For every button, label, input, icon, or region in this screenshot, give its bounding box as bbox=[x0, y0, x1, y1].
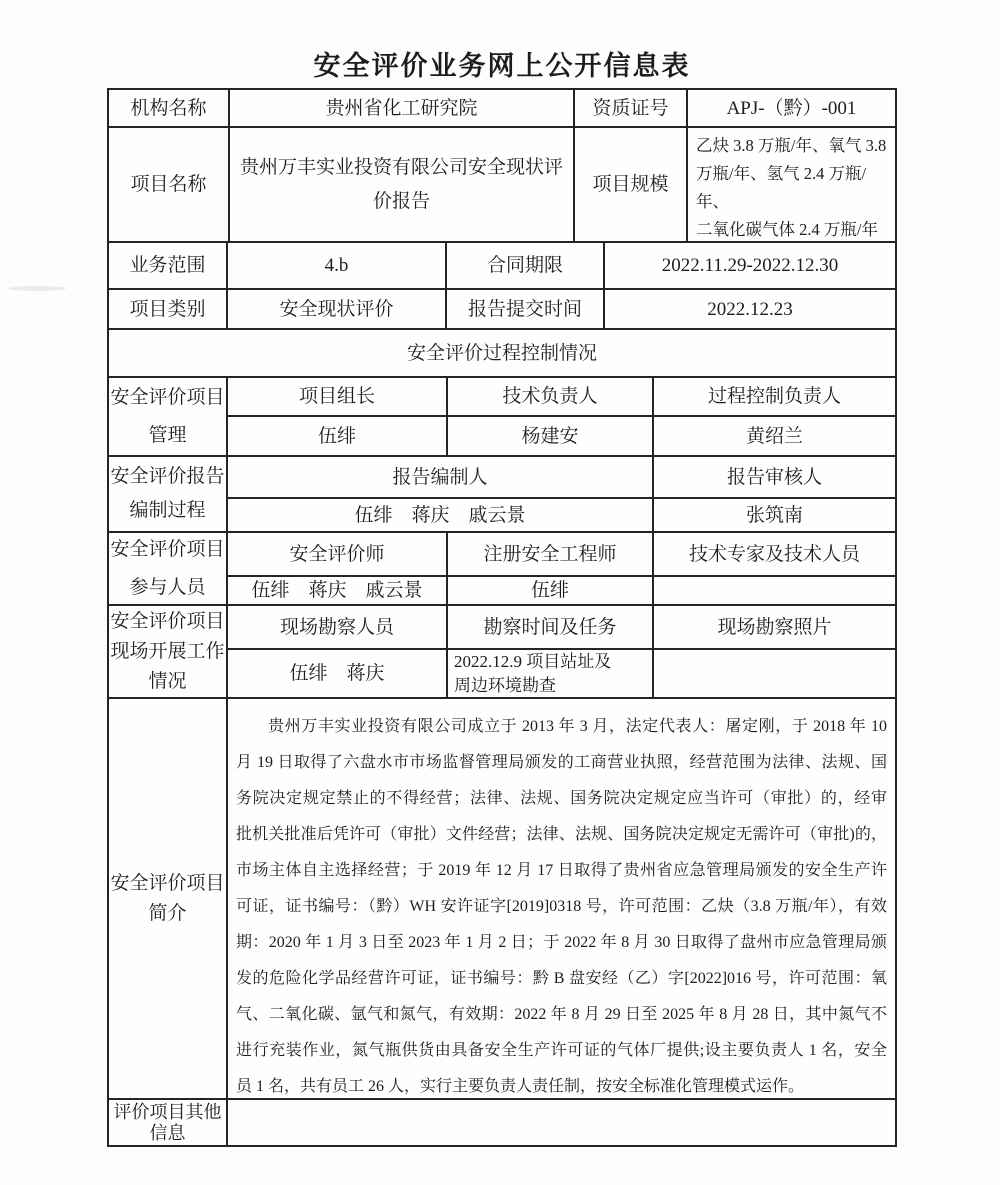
cert-no-label: 资质证号 bbox=[575, 90, 688, 128]
introduction-label: 安全评价项目 简介 bbox=[109, 699, 228, 1100]
site-survey-staff-header: 现场勘察人员 bbox=[228, 606, 448, 650]
page-title: 安全评价业务网上公开信息表 bbox=[107, 44, 897, 83]
team-leader-header: 项目组长 bbox=[228, 378, 448, 417]
project-name-value: 贵州万丰实业投资有限公司安全现状评 价报告 bbox=[230, 128, 575, 243]
intro-line: 气、二氧化碳、氩气和氮气，有效期：2022 年 8 月 29 日至 2025 年… bbox=[236, 997, 887, 1033]
band-participants: 安全评价项目 参与人员 安全评价师 注册安全工程师 技术专家及技术人员 伍绯 蒋… bbox=[109, 533, 895, 606]
intro-line: 贵州万丰实业投资有限公司成立于 2013 年 3 月，法定代表人：屠定刚，于 2… bbox=[236, 709, 887, 745]
site-survey-staff-value: 伍绯 蒋庆 bbox=[228, 650, 448, 699]
intro-line: 进行充装作业，氮气瓶供货由具备安全生产许可证的气体厂提供;设主要负责人 1 名，… bbox=[236, 1033, 887, 1069]
intro-line: 期：2020 年 1 月 3 日至 2023 年 1 月 2 日；于 2022 … bbox=[236, 925, 887, 961]
band-section-header: 安全评价过程控制情况 bbox=[109, 330, 895, 378]
registered-engineer-header: 注册安全工程师 bbox=[448, 533, 654, 577]
process-control-lead-value: 黄绍兰 bbox=[654, 417, 895, 457]
band-report-compilation: 安全评价报告 编制过程 报告编制人 报告审核人 伍绯 蒋庆 戚云景 张筑南 bbox=[109, 457, 895, 533]
band-other-info: 评价项目其他 信息 bbox=[109, 1100, 895, 1145]
intro-line: 批机关批准后凭许可（审批）文件经营；法律、法规、国务院决定规定无需许可（审批)的… bbox=[236, 817, 887, 853]
process-control-lead-header: 过程控制负责人 bbox=[654, 378, 895, 417]
site-photo-header: 现场勘察照片 bbox=[654, 606, 895, 650]
intro-line: 可证，证书编号：（黔）WH 安许证字[2019]0318 号，许可范围：乙炔（3… bbox=[236, 889, 887, 925]
other-info-label: 评价项目其他 信息 bbox=[109, 1100, 228, 1145]
survey-time-task-header: 勘察时间及任务 bbox=[448, 606, 654, 650]
project-name-label: 项目名称 bbox=[109, 128, 230, 243]
tech-lead-value: 杨建安 bbox=[448, 417, 654, 457]
contract-term-value: 2022.11.29-2022.12.30 bbox=[605, 243, 895, 290]
report-reviewer-header: 报告审核人 bbox=[654, 457, 895, 499]
report-writer-header: 报告编制人 bbox=[228, 457, 654, 499]
registered-engineer-value: 伍绯 bbox=[448, 577, 654, 606]
band-management: 安全评价项目 管理 项目组长 技术负责人 过程控制负责人 伍绯 杨建安 黄绍兰 bbox=[109, 378, 895, 457]
intro-line: 月 19 日取得了六盘水市市场监督管理局颁发的工商营业执照，经营范围为法律、法规… bbox=[236, 745, 887, 781]
introduction-text: 贵州万丰实业投资有限公司成立于 2013 年 3 月，法定代表人：屠定刚，于 2… bbox=[228, 699, 895, 1100]
org-name-value: 贵州省化工研究院 bbox=[230, 90, 575, 128]
business-scope-label: 业务范围 bbox=[109, 243, 228, 290]
band-introduction: 安全评价项目 简介 贵州万丰实业投资有限公司成立于 2013 年 3 月，法定代… bbox=[109, 699, 895, 1100]
scan-smudge bbox=[8, 286, 66, 291]
contract-term-label: 合同期限 bbox=[447, 243, 605, 290]
report-submit-value: 2022.12.23 bbox=[605, 290, 895, 330]
tech-expert-header: 技术专家及技术人员 bbox=[654, 533, 895, 577]
business-scope-value: 4.b bbox=[228, 243, 447, 290]
band-site-work: 安全评价项目 现场开展工作 情况 现场勘察人员 勘察时间及任务 现场勘察照片 伍… bbox=[109, 606, 895, 699]
evaluator-value: 伍绯 蒋庆 戚云景 bbox=[228, 577, 448, 606]
intro-line: 发的危险化学品经营许可证，证书编号：黔 B 盘安经（乙）字[2022]016 号… bbox=[236, 961, 887, 997]
band-org-project: 机构名称 贵州省化工研究院 资质证号 APJ-（黔）-001 项目名称 贵州万丰… bbox=[109, 90, 895, 243]
info-table: 机构名称 贵州省化工研究院 资质证号 APJ-（黔）-001 项目名称 贵州万丰… bbox=[107, 88, 897, 1147]
project-scale-label: 项目规模 bbox=[575, 128, 688, 243]
org-name-label: 机构名称 bbox=[109, 90, 230, 128]
survey-time-task-value: 2022.12.9 项目站址及 周边环境勘查 bbox=[448, 650, 654, 699]
team-leader-value: 伍绯 bbox=[228, 417, 448, 457]
site-work-label: 安全评价项目 现场开展工作 情况 bbox=[109, 606, 228, 699]
participants-label: 安全评价项目 参与人员 bbox=[109, 533, 228, 606]
tech-lead-header: 技术负责人 bbox=[448, 378, 654, 417]
tech-expert-value bbox=[654, 577, 895, 606]
other-info-value bbox=[228, 1100, 895, 1145]
intro-line: 员 1 名，共有员工 26 人，实行主要负责人责任制，按安全标准化管理模式运作。 bbox=[236, 1069, 887, 1100]
cert-no-value: APJ-（黔）-001 bbox=[688, 90, 895, 128]
site-photo-value bbox=[654, 650, 895, 699]
report-reviewer-value: 张筑南 bbox=[654, 499, 895, 533]
intro-line: 市场主体自主选择经营；于 2019 年 12 月 17 日取得了贵州省应急管理局… bbox=[236, 853, 887, 889]
report-submit-label: 报告提交时间 bbox=[447, 290, 605, 330]
management-label: 安全评价项目 管理 bbox=[109, 378, 228, 457]
compilation-label: 安全评价报告 编制过程 bbox=[109, 457, 228, 533]
report-writer-value: 伍绯 蒋庆 戚云景 bbox=[228, 499, 654, 533]
intro-line: 务院决定规定禁止的不得经营；法律、法规、国务院决定规定应当许可（审批）的，经审 bbox=[236, 781, 887, 817]
project-category-value: 安全现状评价 bbox=[228, 290, 447, 330]
evaluator-header: 安全评价师 bbox=[228, 533, 448, 577]
process-control-section-title: 安全评价过程控制情况 bbox=[109, 330, 895, 378]
band-scope-category: 业务范围 4.b 合同期限 2022.11.29-2022.12.30 项目类别… bbox=[109, 243, 895, 330]
project-category-label: 项目类别 bbox=[109, 290, 228, 330]
project-scale-value: 乙炔 3.8 万瓶/年、氧气 3.8 万瓶/年、氢气 2.4 万瓶/年、 二氧化… bbox=[688, 128, 895, 243]
